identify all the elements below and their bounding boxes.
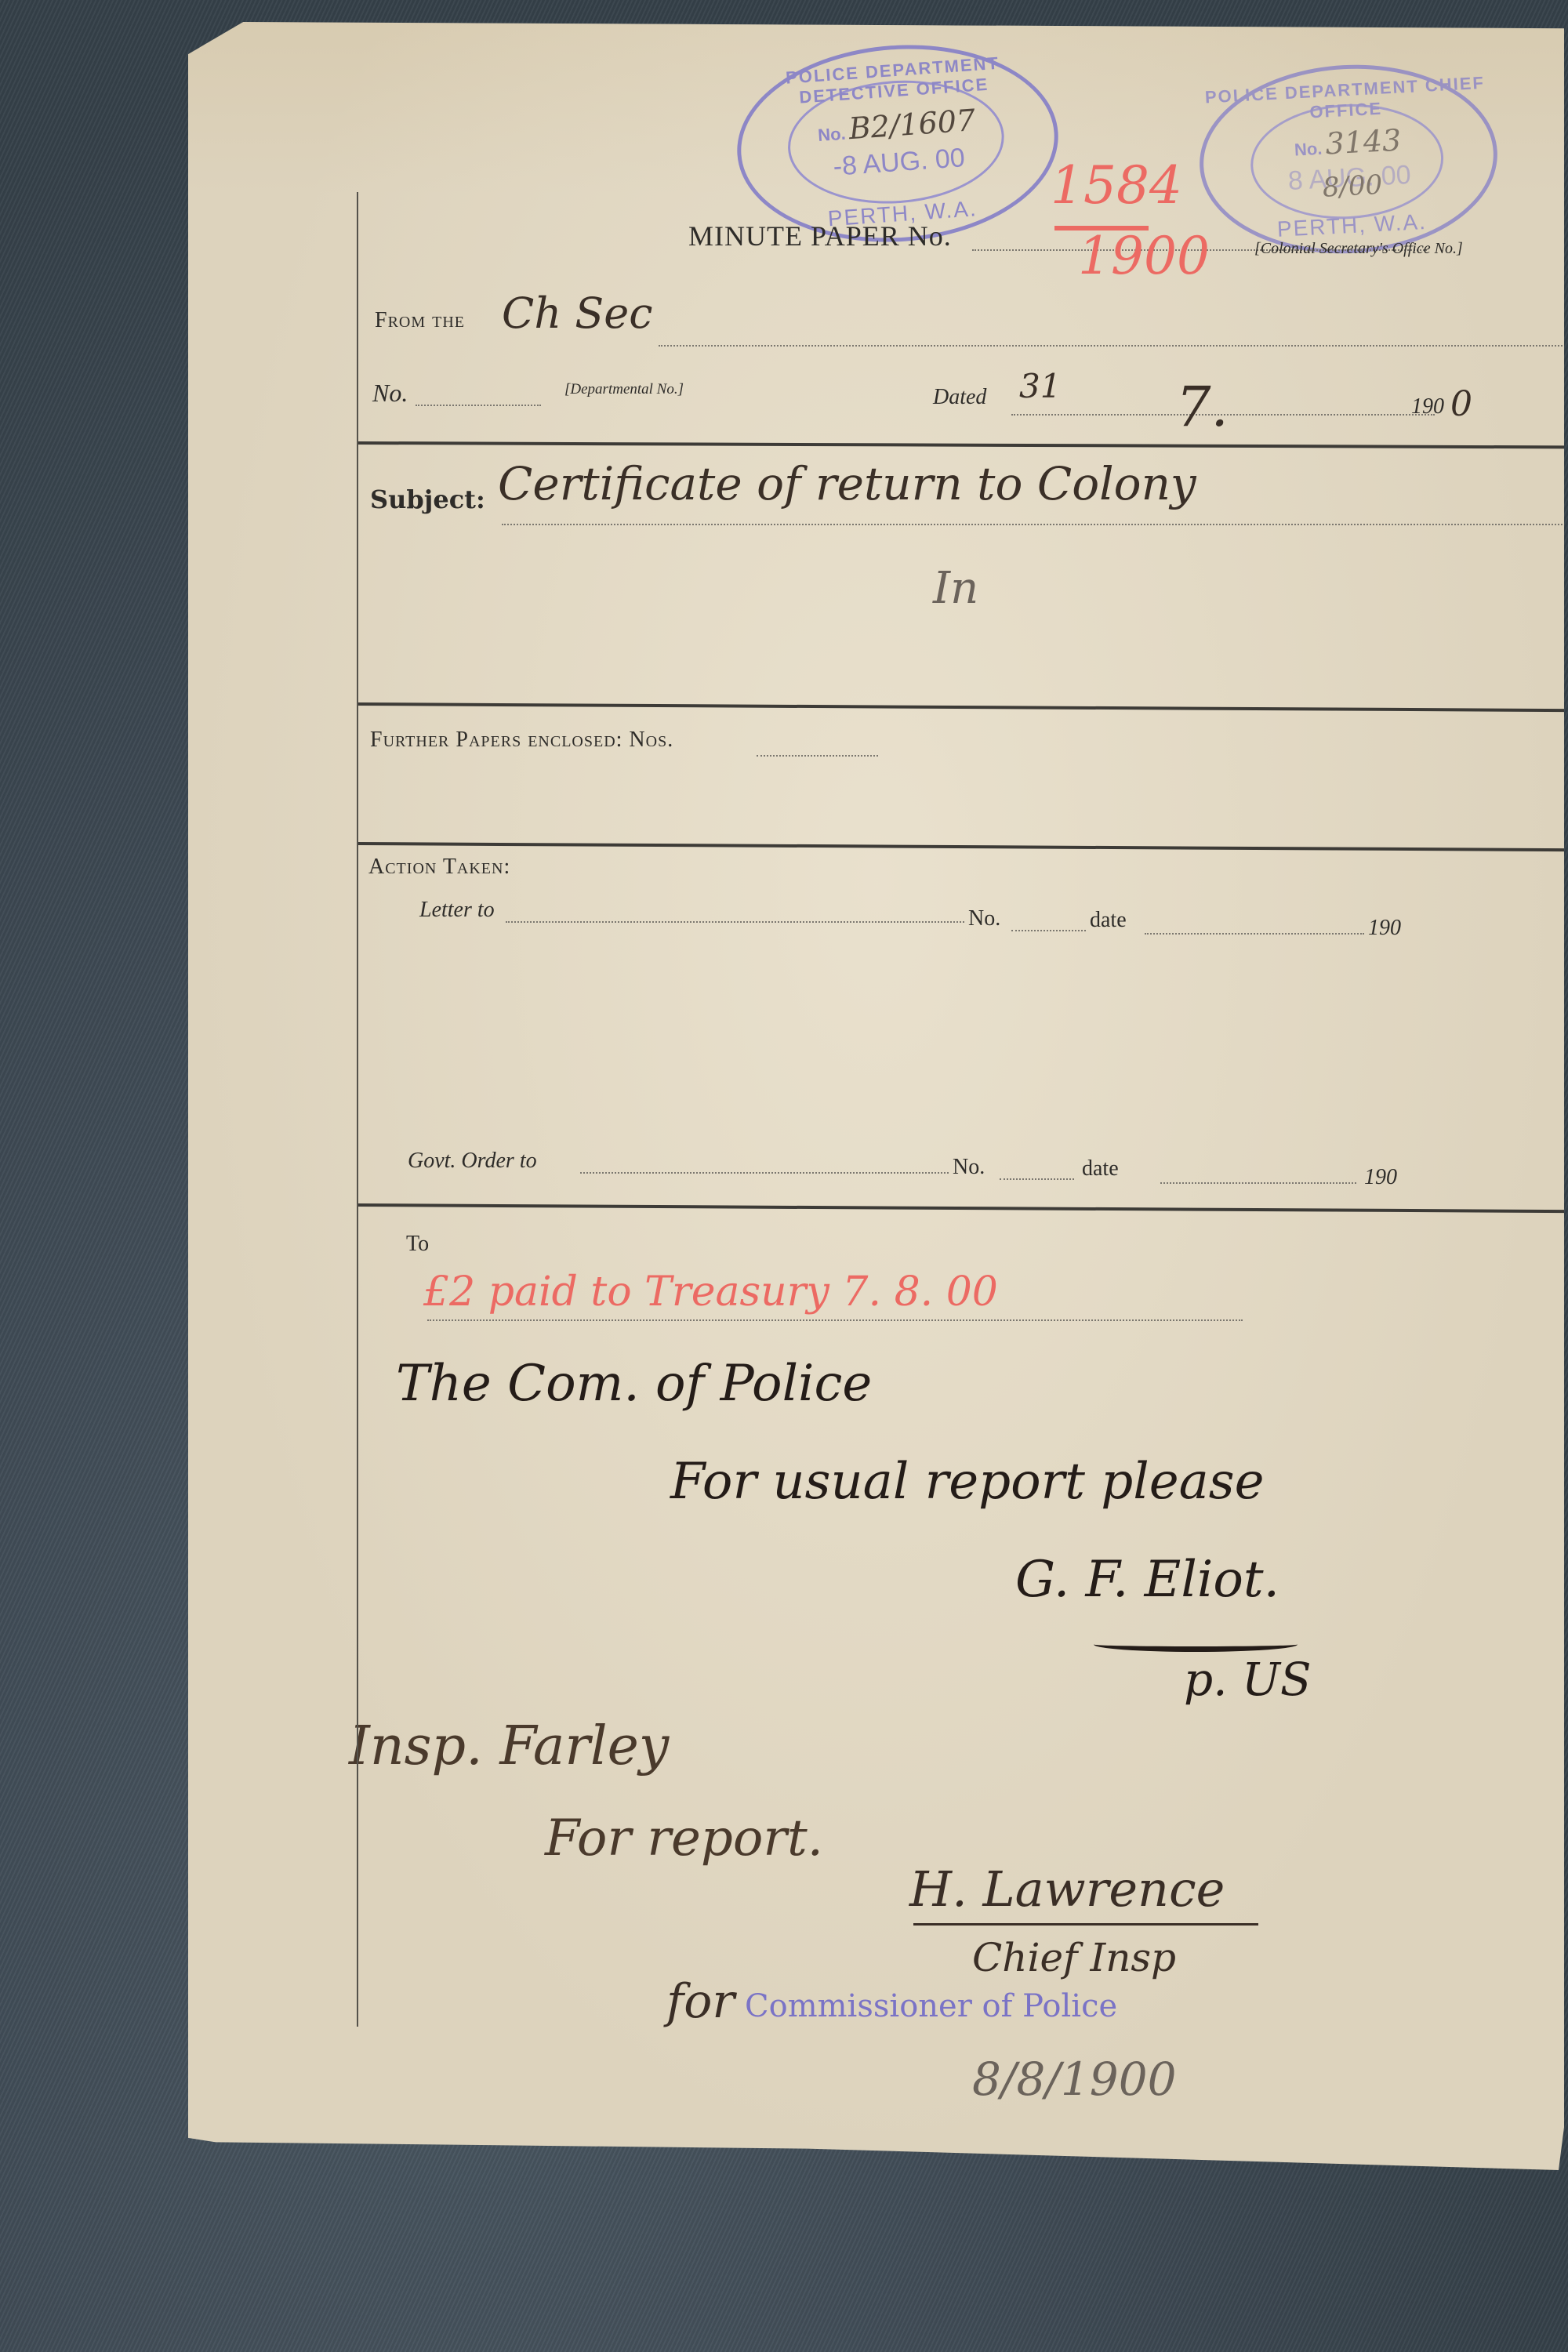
- no-label: No.: [372, 379, 408, 408]
- minute-2-signature-title: Chief Insp: [972, 1935, 1176, 1980]
- minute-2-addressee: Insp. Farley: [349, 1715, 669, 1777]
- letter-date-label: date: [1090, 908, 1127, 933]
- dated-month: 7.: [1176, 375, 1229, 439]
- stamp-date-overwrite: 8/00: [1322, 169, 1383, 204]
- govt-year-label: 190: [1364, 1165, 1397, 1190]
- from-value: Ch Sec: [502, 289, 652, 338]
- section-divider: [357, 702, 1568, 713]
- stamp-number: 3143: [1324, 122, 1402, 161]
- action-taken-label: Action Taken:: [368, 855, 510, 880]
- minute-1-signature-note: p. US: [1184, 1653, 1312, 1706]
- minute-2-for: for: [666, 1974, 735, 2029]
- treasury-payment-note: £2 paid to Treasury 7. 8. 00: [423, 1269, 998, 1316]
- dated-year-handwritten: 0: [1450, 384, 1472, 424]
- minute-2-signature: H. Lawrence: [909, 1860, 1225, 1918]
- letter-no-label: No.: [968, 906, 1000, 931]
- minute-1-addressee: The Com. of Police: [396, 1355, 872, 1413]
- section-divider: [357, 842, 1568, 852]
- dated-year-printed: 190: [1411, 394, 1444, 419]
- stamp-no-label: No.: [817, 124, 846, 145]
- further-papers-label: Further Papers enclosed: Nos.: [370, 728, 673, 753]
- subject-dotted-line: [502, 524, 1568, 525]
- letter-to-label: Letter to: [419, 898, 495, 923]
- section-divider: [357, 1203, 1568, 1214]
- chief-office-stamp: POLICE DEPARTMENT CHIEF OFFICE No. 3143 …: [1195, 57, 1502, 261]
- minute-2-date: 8/8/1900: [972, 2053, 1177, 2106]
- letter-to-dotted-line: [506, 921, 964, 923]
- signature-underline: [913, 1923, 1258, 1926]
- from-dotted-line: [659, 345, 1568, 347]
- departmental-no-label: [Departmental No.]: [564, 381, 684, 398]
- govt-order-dotted-line: [580, 1172, 949, 1174]
- commissioner-of-police-stamp: Commissioner of Police: [745, 1988, 1117, 2024]
- letter-no-dotted-line: [1011, 930, 1086, 931]
- letter-date-dotted-line: [1145, 933, 1364, 935]
- to-label: To: [406, 1232, 429, 1257]
- stamp-no-label: No.: [1294, 139, 1323, 160]
- govt-no-label: No.: [953, 1155, 985, 1180]
- to-dotted-line: [427, 1319, 1243, 1321]
- section-divider: [357, 441, 1568, 449]
- subject-value: Certificate of return to Colony: [498, 457, 1196, 510]
- letter-year-label: 190: [1368, 916, 1401, 941]
- minute-2-instruction: For report.: [545, 1809, 823, 1867]
- form-title: MINUTE PAPER No.: [688, 220, 952, 252]
- further-papers-dotted-line: [757, 755, 878, 757]
- departmental-no-dotted-line: [416, 405, 541, 406]
- minute-paper-sheet: POLICE DEPARTMENT DETECTIVE OFFICE No. B…: [188, 22, 1564, 2170]
- signature-underline: [1094, 1637, 1298, 1652]
- minute-1-signature: G. F. Eliot.: [1015, 1551, 1279, 1609]
- left-margin-rule: [357, 192, 358, 2027]
- govt-date-dotted-line: [1160, 1182, 1356, 1184]
- subject-label: Subject:: [370, 485, 485, 514]
- dated-label: Dated: [933, 385, 986, 410]
- minute-number-handwritten: 1584: [1051, 155, 1182, 216]
- govt-order-label: Govt. Order to: [408, 1149, 537, 1174]
- govt-no-dotted-line: [1000, 1178, 1074, 1180]
- govt-date-label: date: [1082, 1156, 1119, 1181]
- minute-1-instruction: For usual report please: [670, 1453, 1264, 1511]
- from-label: From the: [375, 308, 465, 333]
- dated-day: 31: [1019, 367, 1061, 405]
- minute-year-handwritten: 1900: [1078, 226, 1210, 286]
- colonial-secretary-no-label: [Colonial Secretary's Office No.]: [1254, 240, 1463, 258]
- subject-note: In: [933, 563, 978, 614]
